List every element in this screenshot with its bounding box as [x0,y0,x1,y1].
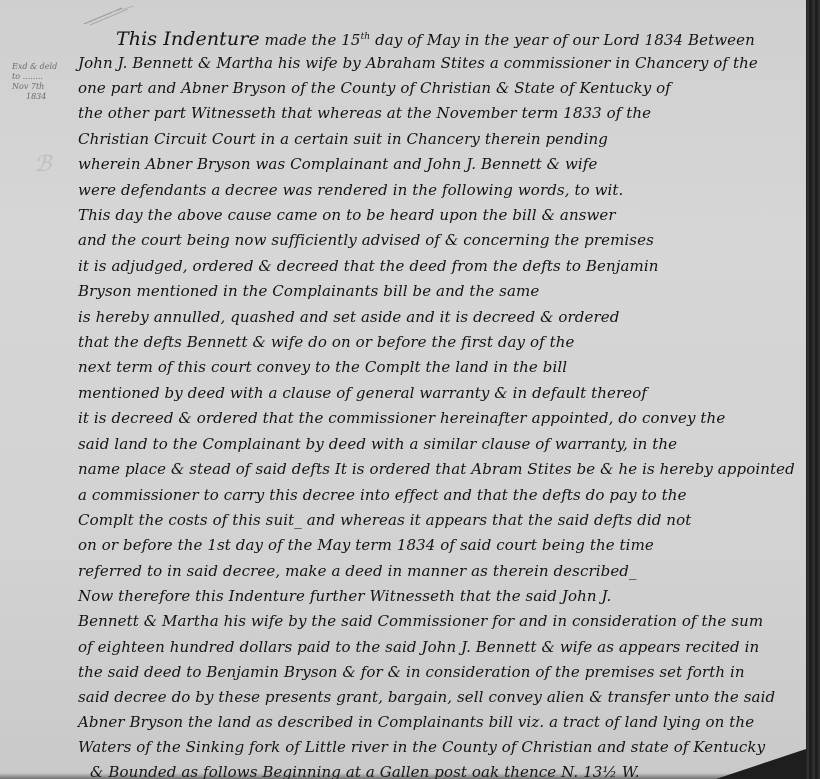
text-line: of eighteen hundred dollars paid to the … [78,638,759,656]
margin-note-line: Nov 7th [12,82,82,92]
text-line: referred to in said decree, make a deed … [78,562,637,580]
margin-note-line: Exd & deld [12,62,82,72]
text-line: is hereby annulled, quashed and set asid… [78,308,619,326]
text-line: wherein Abner Bryson was Complainant and… [78,155,597,173]
text-line: mentioned by deed with a clause of gener… [78,384,647,402]
text-line: that the defts Bennett & wife do on or b… [78,333,575,351]
margin-note-line: to ........ [12,72,82,82]
margin-note: Exd & deld to ........ Nov 7th 1834 [12,62,82,102]
text-line: Now therefore this Indenture further Wit… [78,587,611,605]
text-line: name place & stead of said defts It is o… [78,460,795,478]
text-line: Abner Bryson the land as described in Co… [78,713,754,731]
text-line: Complt the costs of this suit_ and where… [78,511,691,529]
text-line: on or before the 1st day of the May term… [78,536,654,554]
text-line: the said deed to Benjamin Bryson & for &… [78,663,745,681]
text-line: it is decreed & ordered that the commiss… [78,409,725,427]
text-line: Christian Circuit Court in a certain sui… [78,130,608,148]
title-line: This Indenture made the 15th day of May … [116,28,755,50]
text-line: one part and Abner Bryson of the County … [78,79,671,97]
text-line: said decree do by these presents grant, … [78,688,775,706]
text-line: and the court being now sufficiently adv… [78,231,654,249]
text-line: This day the above cause came on to be h… [78,206,616,224]
book-binding-edge [806,0,820,779]
text-line: a commissioner to carry this decree into… [78,486,687,504]
margin-note-line: 1834 [12,92,82,102]
faint-bleed-through-mark: ℬ [34,152,51,177]
text-line: Bennett & Martha his wife by the said Co… [78,612,763,630]
pen-stroke-marks [82,6,137,26]
text-line: John J. Bennett & Martha his wife by Abr… [78,54,758,72]
text-line: the other part Witnesseth that whereas a… [78,104,651,122]
text-line: said land to the Complainant by deed wit… [78,435,677,453]
document-page: Exd & deld to ........ Nov 7th 1834 ℬ Th… [0,0,806,779]
text-line: it is adjudged, ordered & decreed that t… [78,257,658,275]
text-line: Bryson mentioned in the Complainants bil… [78,282,539,300]
page-bottom-shadow [0,773,806,779]
page-corner-shadow [716,749,806,779]
text-line: were defendants a decree was rendered in… [78,181,623,199]
text-line: next term of this court convey to the Co… [78,358,567,376]
text-line: Waters of the Sinking fork of Little riv… [78,738,765,756]
indenture-heading: This Indenture [116,28,260,50]
